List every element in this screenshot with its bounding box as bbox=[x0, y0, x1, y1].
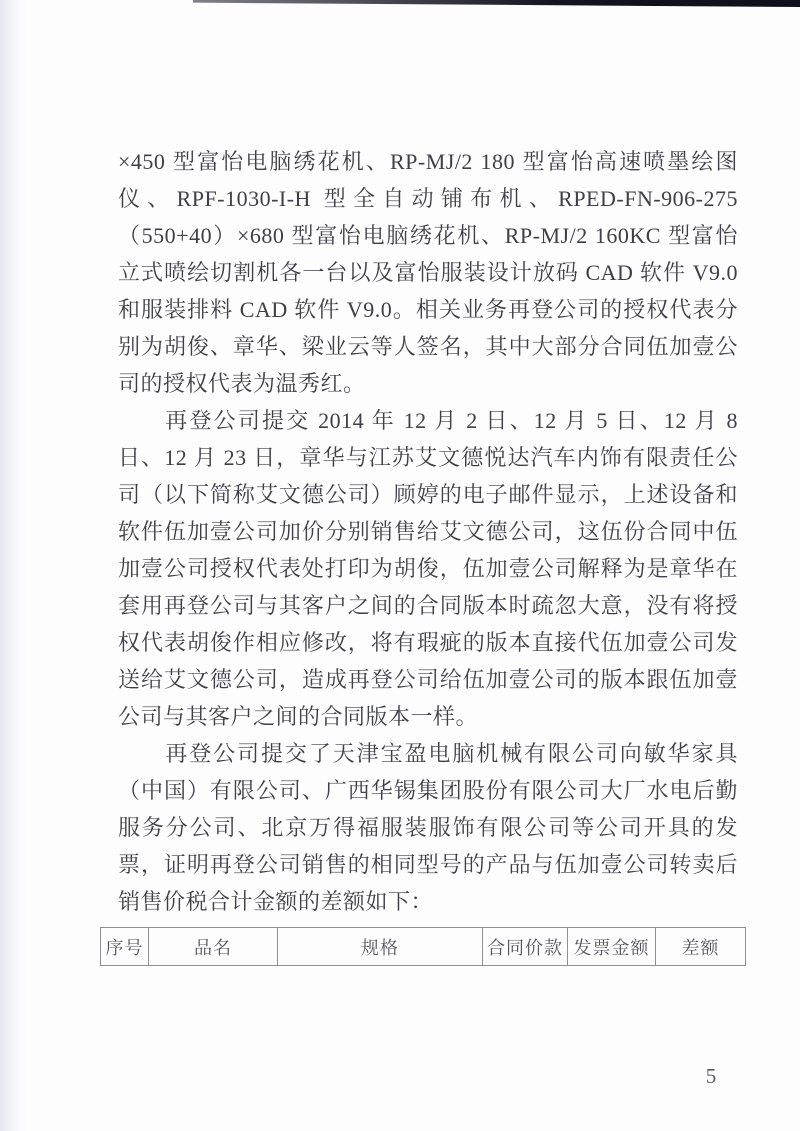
paragraph-email-evidence: 再登公司提交 2014 年 12 月 2 日、12 月 5 日、12 月 8 日… bbox=[118, 402, 738, 735]
table-header-contract-price: 合同价款 bbox=[483, 928, 568, 966]
table-header-sequence-number: 序号 bbox=[101, 928, 149, 966]
table-header-invoice-amount: 发票金额 bbox=[568, 928, 656, 966]
table-header-row: 序号 品名 规格 合同价款 发票金额 差额 bbox=[101, 928, 746, 966]
table-header-specification: 规格 bbox=[278, 928, 483, 966]
price-difference-table: 序号 品名 规格 合同价款 发票金额 差额 bbox=[100, 927, 746, 966]
document-body-text: ×450 型富怡电脑绣花机、RP-MJ/2 180 型富怡高速喷墨绘图仪、RPF… bbox=[118, 143, 738, 920]
paragraph-equipment-list: ×450 型富怡电脑绣花机、RP-MJ/2 180 型富怡高速喷墨绘图仪、RPF… bbox=[118, 143, 738, 402]
page-number: 5 bbox=[696, 1064, 726, 1089]
scan-shadow-left-edge bbox=[0, 0, 27, 1131]
scan-shadow-top-edge bbox=[193, 0, 800, 7]
paragraph-invoice-evidence: 再登公司提交了天津宝盈电脑机械有限公司向敏华家具（中国）有限公司、广西华锡集团股… bbox=[118, 735, 738, 920]
table-header-difference: 差额 bbox=[656, 928, 746, 966]
table-header-product-name: 品名 bbox=[149, 928, 278, 966]
